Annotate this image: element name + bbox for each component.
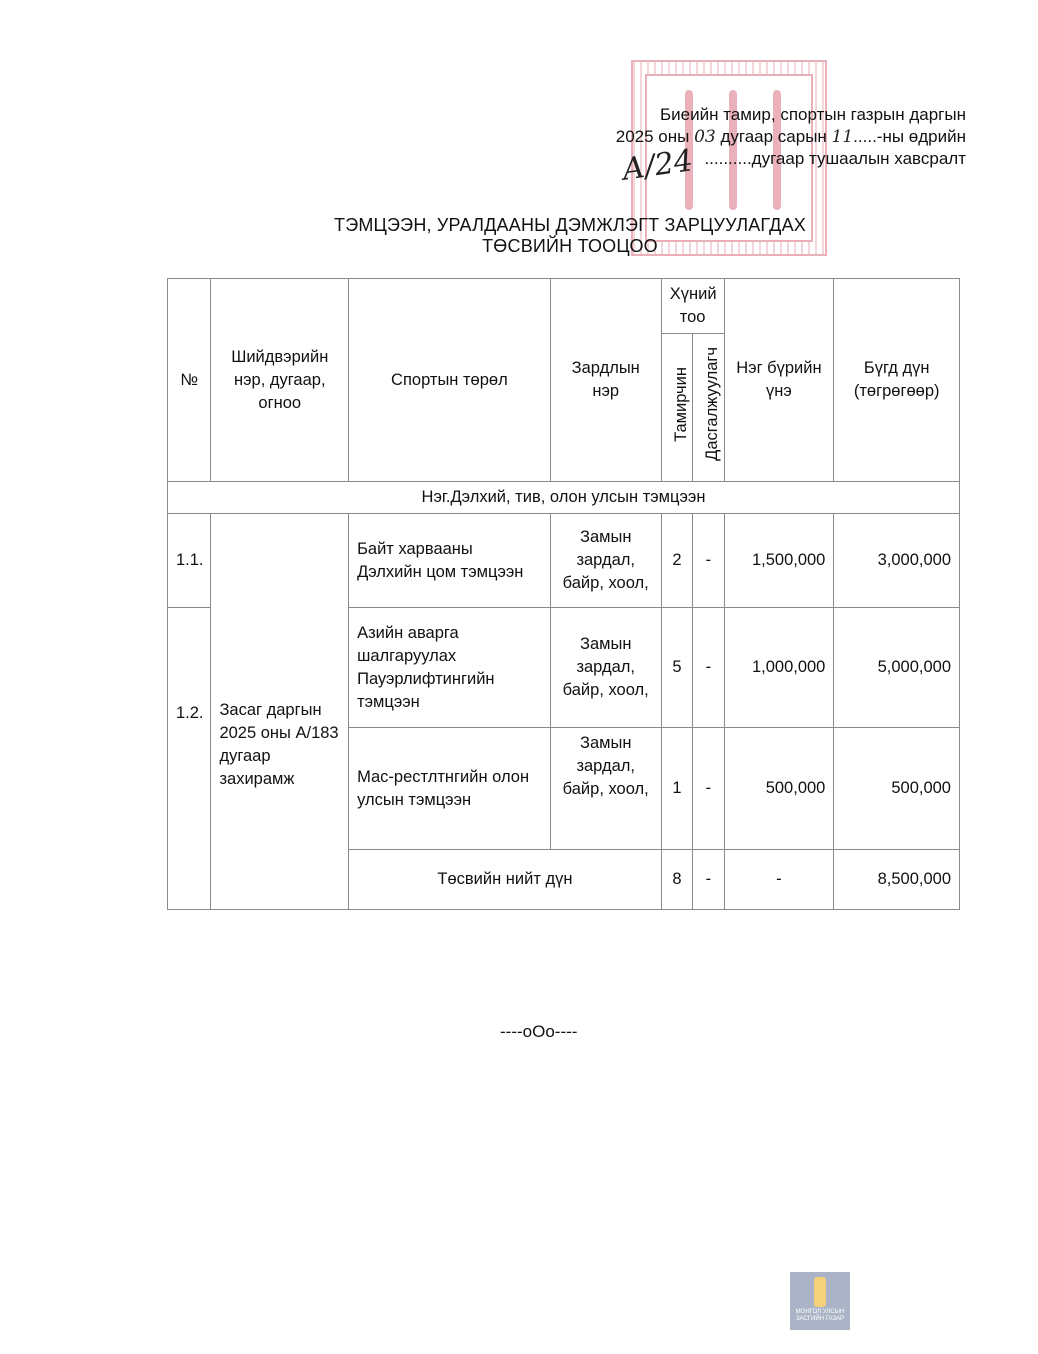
attachment-line-1: Биеийн тамир, спортын газрын даргын [616,104,966,126]
header-coach-label: Дасгалжуулагч [701,347,724,461]
attachment-year: 2025 оны [616,127,694,146]
athletes-cell: 5 [661,608,692,728]
unit-price-cell: 500,000 [724,728,834,850]
header-coach: Дасгалжуулагч [693,334,724,482]
header-decision: Шийдвэрийн нэр, дугаар, огноо [211,279,349,482]
attachment-order-label: ..........дугаар тушаалын хавсралт [704,149,966,168]
section-row: Нэг.Дэлхий, тив, олон улсын тэмцээн [168,482,960,514]
title-line-1: ТЭМЦЭЭН, УРАЛДААНЫ ДЭМЖЛЭГТ ЗАРЦУУЛАГДАХ [300,215,840,236]
total-cell: 3,000,000 [834,514,960,608]
row-no: 1.2. [168,608,211,910]
sport-cell: Азийн аварга шалгаруулах Пауэрлифтингийн… [349,608,551,728]
summary-total: 8,500,000 [834,850,960,910]
end-of-document-mark: ----oOo---- [500,1022,577,1042]
header-total: Бүгд дүн (төгрөгөөр) [834,279,960,482]
athletes-cell: 1 [661,728,692,850]
expense-cell: Замын зардал, байр, хоол, [550,608,661,728]
decision-cell: Засаг даргын 2025 оны А/183 дугаар захир… [211,514,349,910]
header-no: № [168,279,211,482]
attachment-month-label: дугаар сарын [716,127,832,146]
watermark-line-1: МОНГОЛ УЛСЫН [790,1309,850,1316]
header-people-count: Хүний тоо [661,279,724,334]
row-no: 1.1. [168,514,211,608]
coaches-cell: - [693,608,724,728]
athletes-cell: 2 [661,514,692,608]
header-unit-price: Нэг бүрийн үнэ [724,279,834,482]
unit-price-cell: 1,500,000 [724,514,834,608]
handwritten-month: 03 [694,127,716,147]
header-expense: Зардлын нэр [550,279,661,482]
expense-cell: Замын зардал, байр, хоол, [550,728,661,850]
government-watermark: МОНГОЛ УЛСЫН ЗАСГИЙН ГАЗАР [790,1272,850,1330]
document-title: ТЭМЦЭЭН, УРАЛДААНЫ ДЭМЖЛЭГТ ЗАРЦУУЛАГДАХ… [300,215,840,257]
table-row: 1.1. Засаг даргын 2025 оны А/183 дугаар … [168,514,960,608]
coaches-cell: - [693,728,724,850]
summary-athletes: 8 [661,850,692,910]
summary-coaches: - [693,850,724,910]
handwritten-day: 11 [832,127,854,147]
summary-label: Төсвийн нийт дүн [349,850,662,910]
header-athlete: Тамирчин [661,334,692,482]
soyombo-emblem-icon [814,1277,826,1307]
sport-cell: Мас-рестлтнгийн олон улсын тэмцээн [349,728,551,850]
summary-unit-price: - [724,850,834,910]
header-athlete-label: Тамирчин [670,367,693,442]
unit-price-cell: 1,000,000 [724,608,834,728]
header-sport: Спортын төрөл [349,279,551,482]
watermark-line-2: ЗАСГИЙН ГАЗАР [790,1316,850,1323]
sport-cell: Байт харвааны Дэлхийн цом тэмцээн [349,514,551,608]
attachment-line-2: 2025 оны 03 дугаар сарын 11.....-ны өдри… [616,126,966,148]
title-line-2: ТӨСВИЙН ТООЦОО [300,236,840,257]
expense-cell: Замын зардал, байр, хоол, [550,514,661,608]
total-cell: 5,000,000 [834,608,960,728]
budget-table: № Шийдвэрийн нэр, дугаар, огноо Спортын … [167,278,960,910]
total-cell: 500,000 [834,728,960,850]
attachment-day-label: .....-ны өдрийн [853,127,966,146]
coaches-cell: - [693,514,724,608]
